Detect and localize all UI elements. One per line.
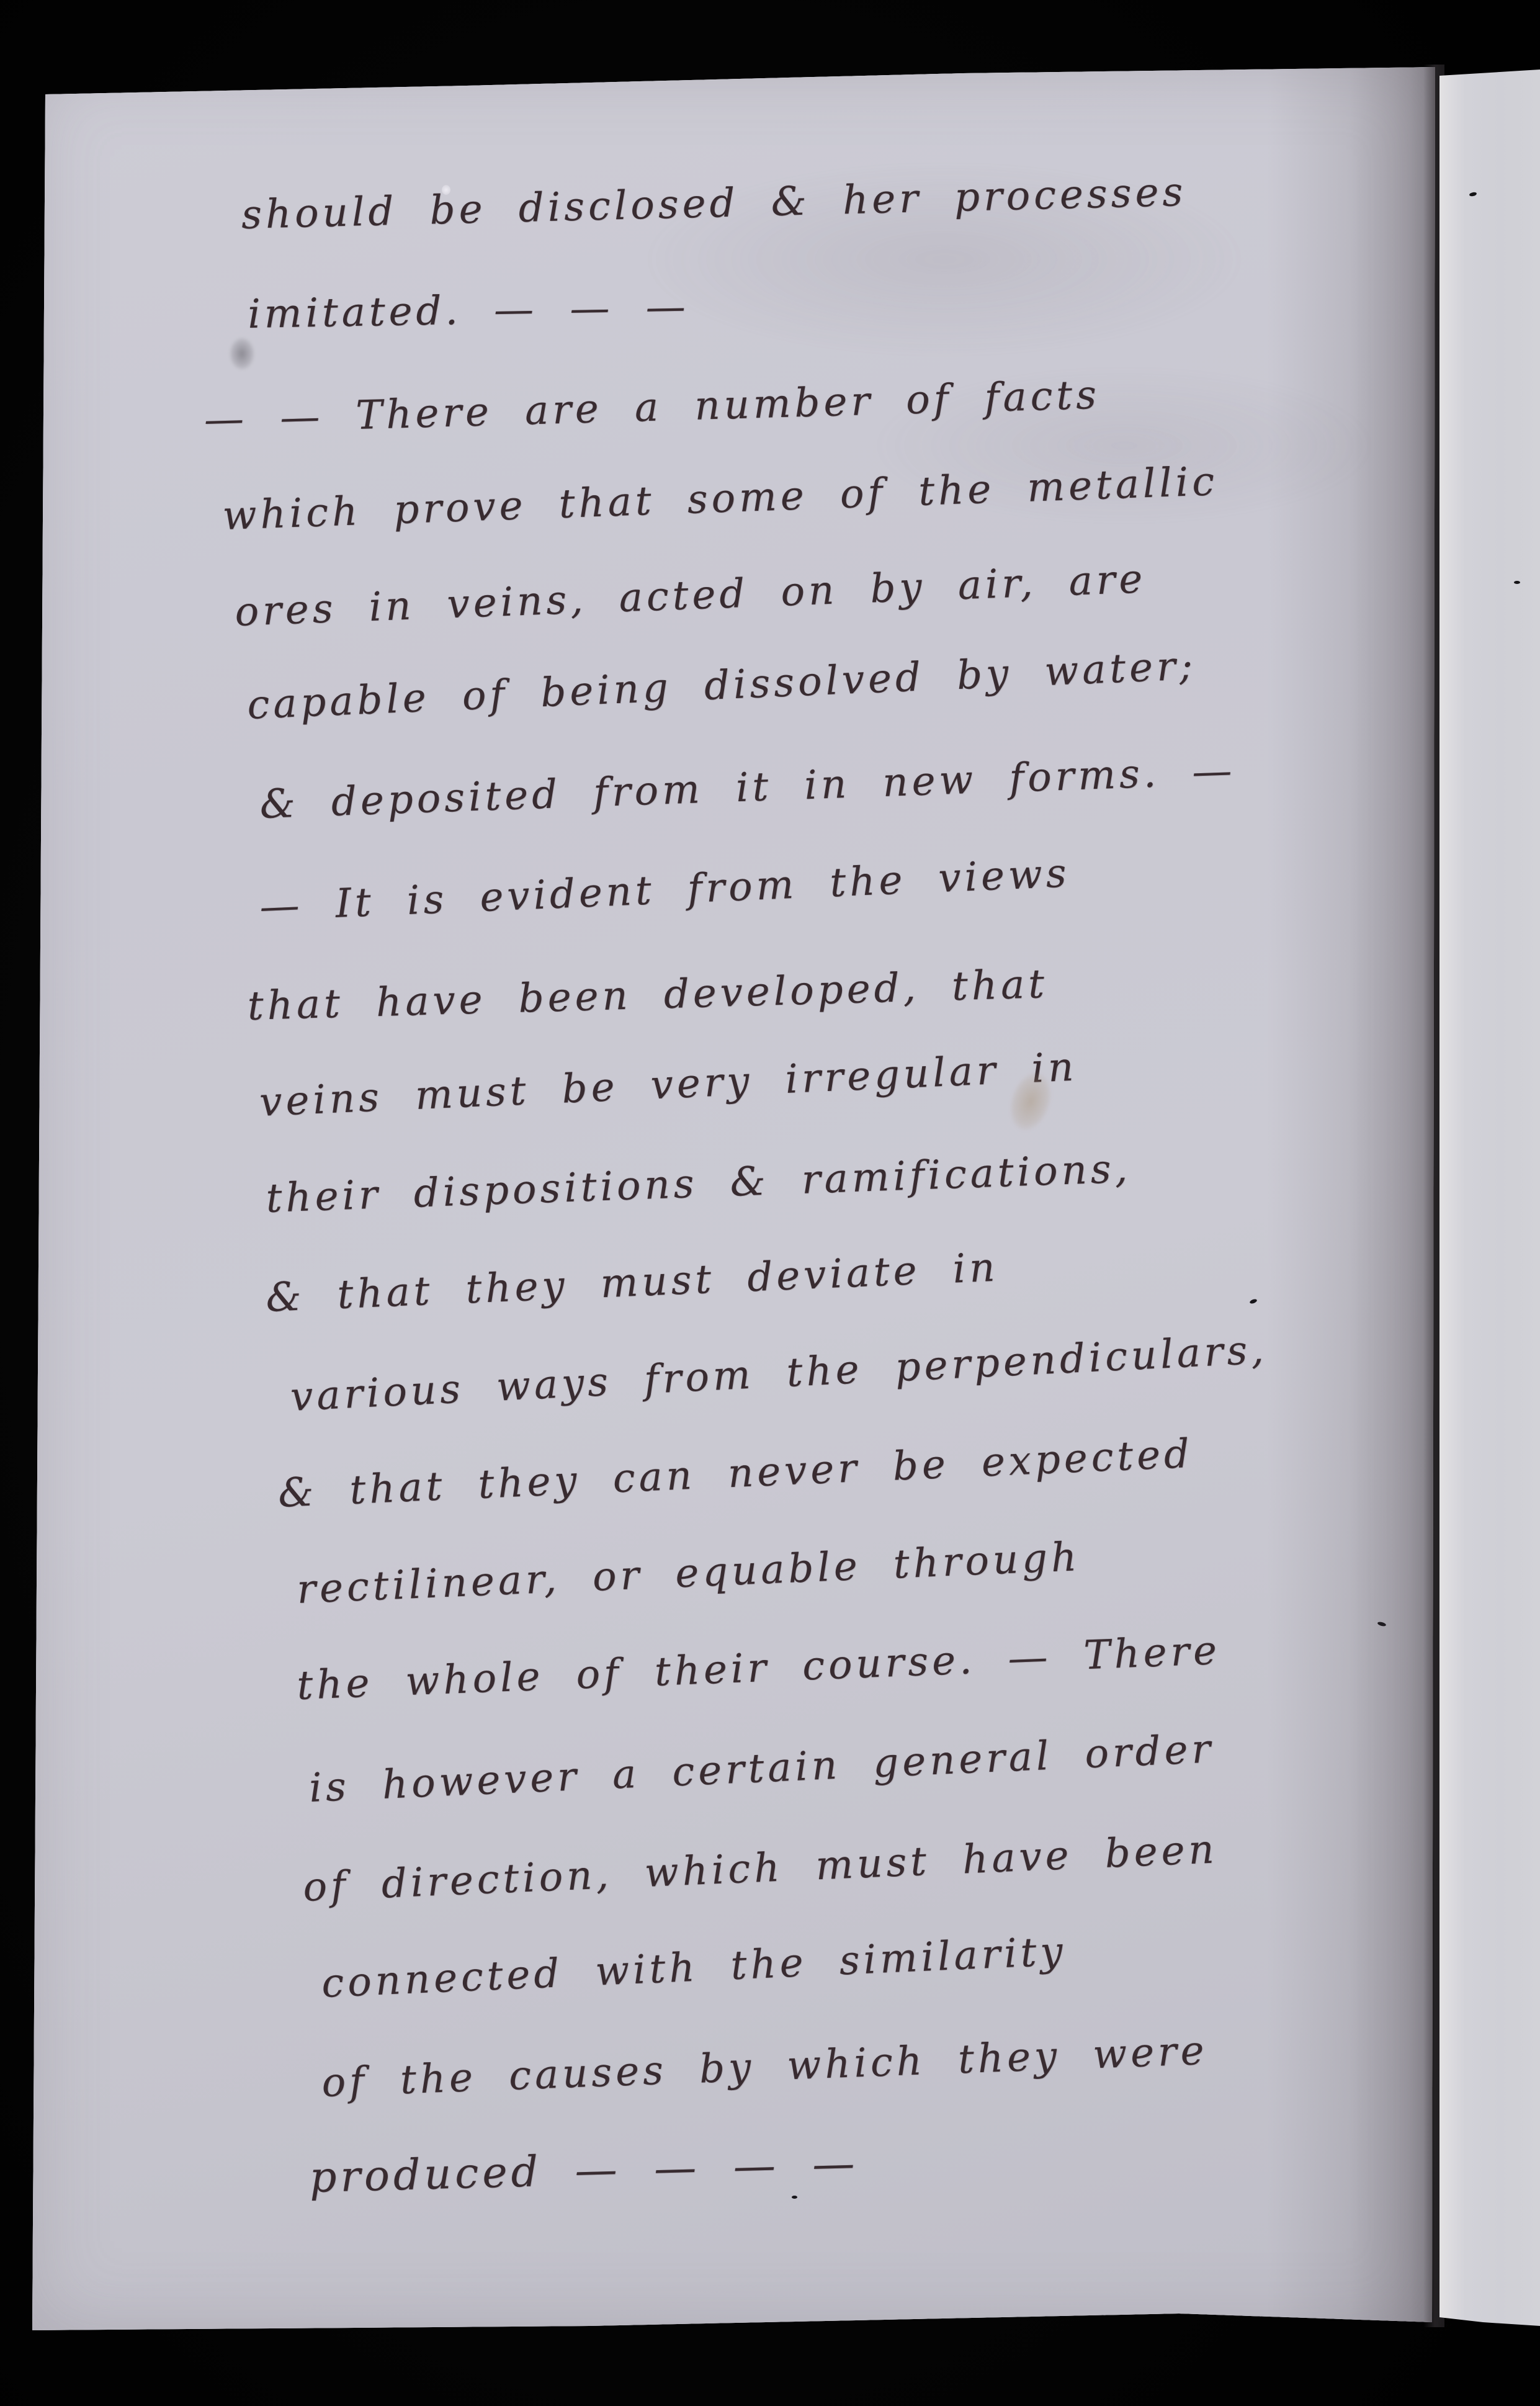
manuscript-line: rectilinear, or equable through — [296, 1534, 1081, 1613]
manuscript-line: of the causes by which they were — [321, 2028, 1208, 2106]
manuscript-line: & that they must deviate in — [265, 1245, 1000, 1321]
manuscript-line: that have been developed, that — [247, 961, 1049, 1030]
manuscript-line: veins must be very irregular in — [259, 1044, 1078, 1126]
manuscript-line: should be disclosed & her processes — [241, 169, 1187, 238]
manuscript-line: of direction, which must have been — [302, 1826, 1219, 1911]
manuscript-line: the whole of their course. — There — [296, 1628, 1221, 1709]
adjacent-page-edge — [1439, 70, 1540, 2326]
paper-stain — [230, 338, 254, 370]
manuscript-line: is however a certain general order — [308, 1726, 1215, 1811]
photograph-background: should be disclosed & her processes imit… — [0, 0, 1540, 2406]
manuscript-page: should be disclosed & her processes imit… — [32, 67, 1435, 2330]
manuscript-line: their dispositions & ramifications, — [265, 1146, 1132, 1222]
manuscript-line: imitated. — — — — [248, 284, 690, 338]
manuscript-line: capable of being dissolved by water; — [246, 643, 1198, 729]
manuscript-line: — It is evident from the views — [259, 850, 1071, 930]
ink-speck — [1377, 1621, 1386, 1627]
ink-speck — [1514, 581, 1520, 584]
ink-speck — [1249, 1298, 1257, 1304]
manuscript-line: produced — — — — — [309, 2139, 859, 2202]
manuscript-line: — — There are a number of facts — [204, 372, 1101, 443]
manuscript-line: & that they can never be expected — [277, 1431, 1194, 1517]
manuscript-line: connected with the similarity — [321, 1929, 1067, 2007]
ink-speck — [792, 2196, 797, 2199]
ink-speck — [1469, 192, 1477, 197]
manuscript-line: various ways from the perpendiculars, — [289, 1327, 1268, 1421]
manuscript-line: ores in veins, acted on by air, are — [234, 556, 1147, 635]
manuscript-line: & deposited from it in new forms. — — [259, 748, 1236, 828]
manuscript-line: which prove that some of the metallic — [222, 459, 1219, 539]
